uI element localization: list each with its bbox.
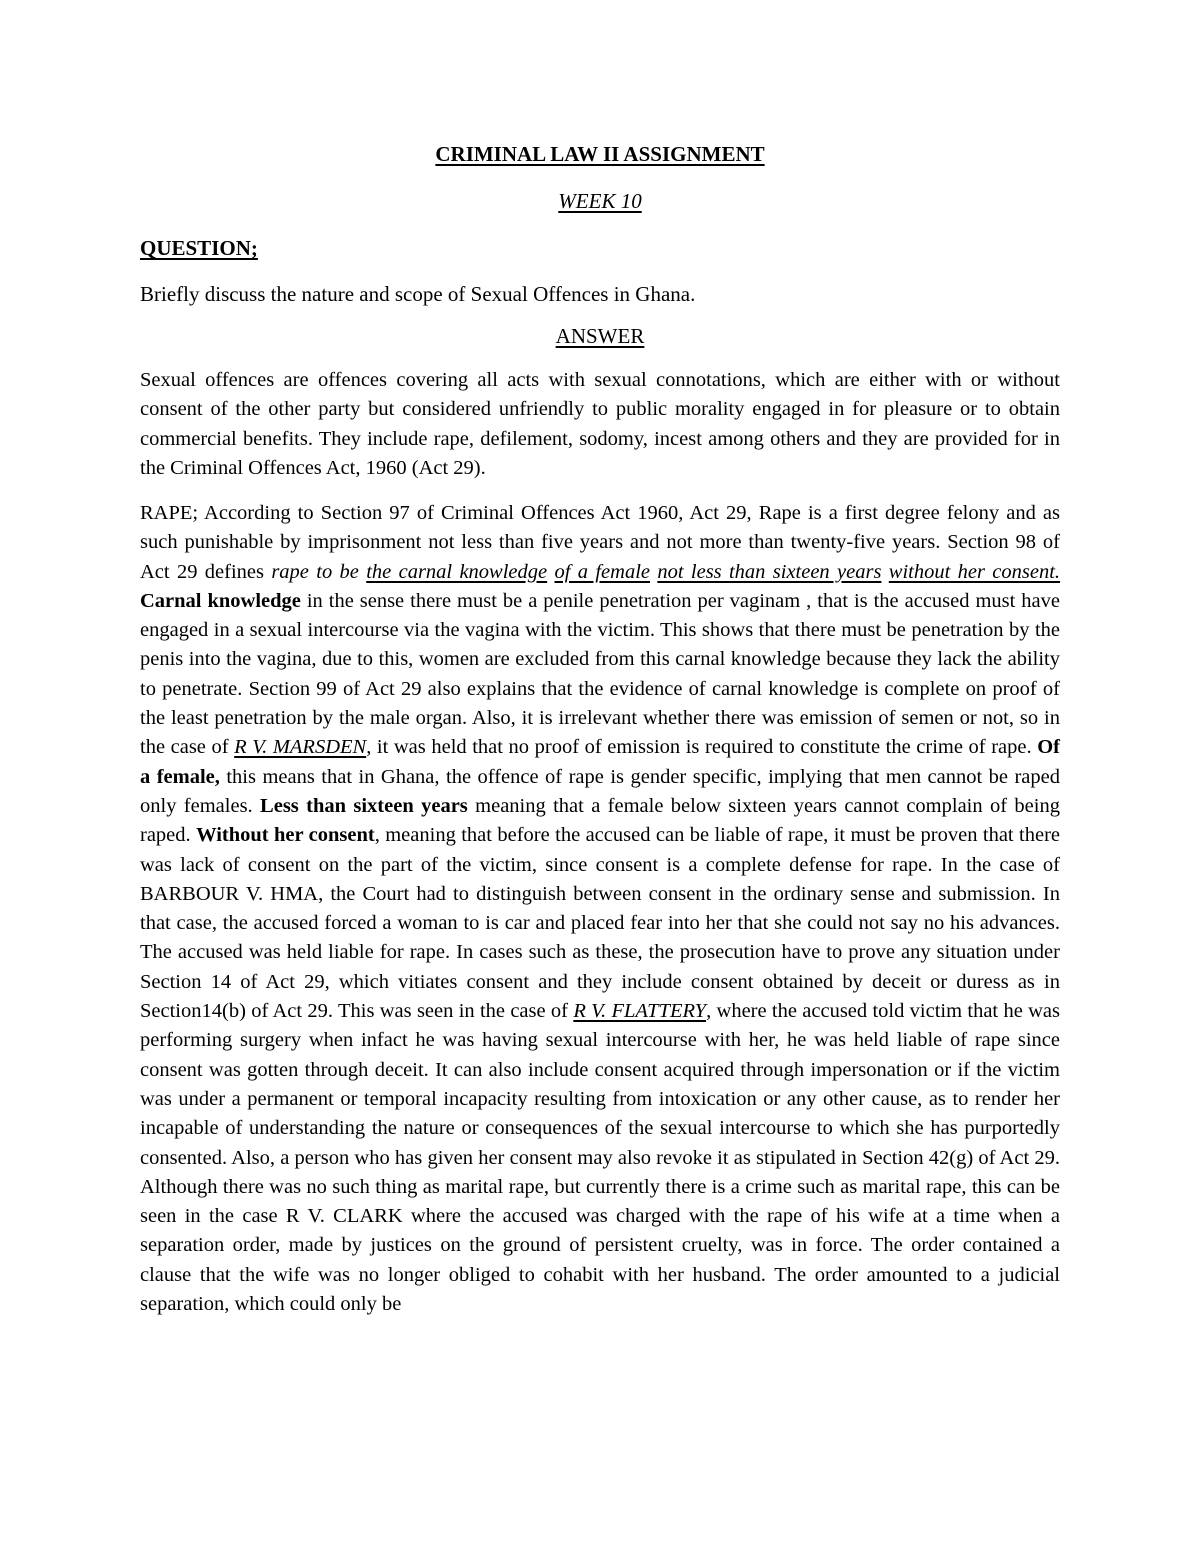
text-run: , where the accused told victim that he … (140, 1000, 1060, 1315)
bold-term: Carnal knowledge (140, 590, 301, 612)
definition-text: rape to be (271, 561, 366, 583)
document-title: CRIMINAL LAW II ASSIGNMENT (140, 142, 1060, 167)
paragraph-intro: Sexual offences are offences covering al… (140, 366, 1060, 483)
case-citation: R V. MARSDEN (234, 736, 366, 758)
text-run: in the sense there must be a penile pene… (140, 590, 1060, 758)
text-run: , it was held that no proof of emission … (366, 736, 1037, 758)
space (881, 561, 888, 583)
question-heading: QUESTION; (140, 236, 258, 261)
definition-underlined: not less than sixteen years (657, 561, 881, 583)
bold-term: Without her consent (196, 824, 375, 846)
paragraph-rape: RAPE; According to Section 97 of Crimina… (140, 499, 1060, 1319)
definition-underlined: of a female (554, 561, 650, 583)
bold-term: Less than sixteen years (260, 795, 468, 817)
definition-underlined: the carnal knowledge (366, 561, 547, 583)
case-citation: R V. FLATTERY (573, 1000, 706, 1022)
answer-heading: ANSWER (140, 324, 1060, 349)
definition-underlined: without her consent. (889, 561, 1060, 583)
week-label: WEEK 10 (140, 189, 1060, 214)
question-text: Briefly discuss the nature and scope of … (140, 282, 695, 307)
text-run: , meaning that before the accused can be… (140, 824, 1060, 1022)
